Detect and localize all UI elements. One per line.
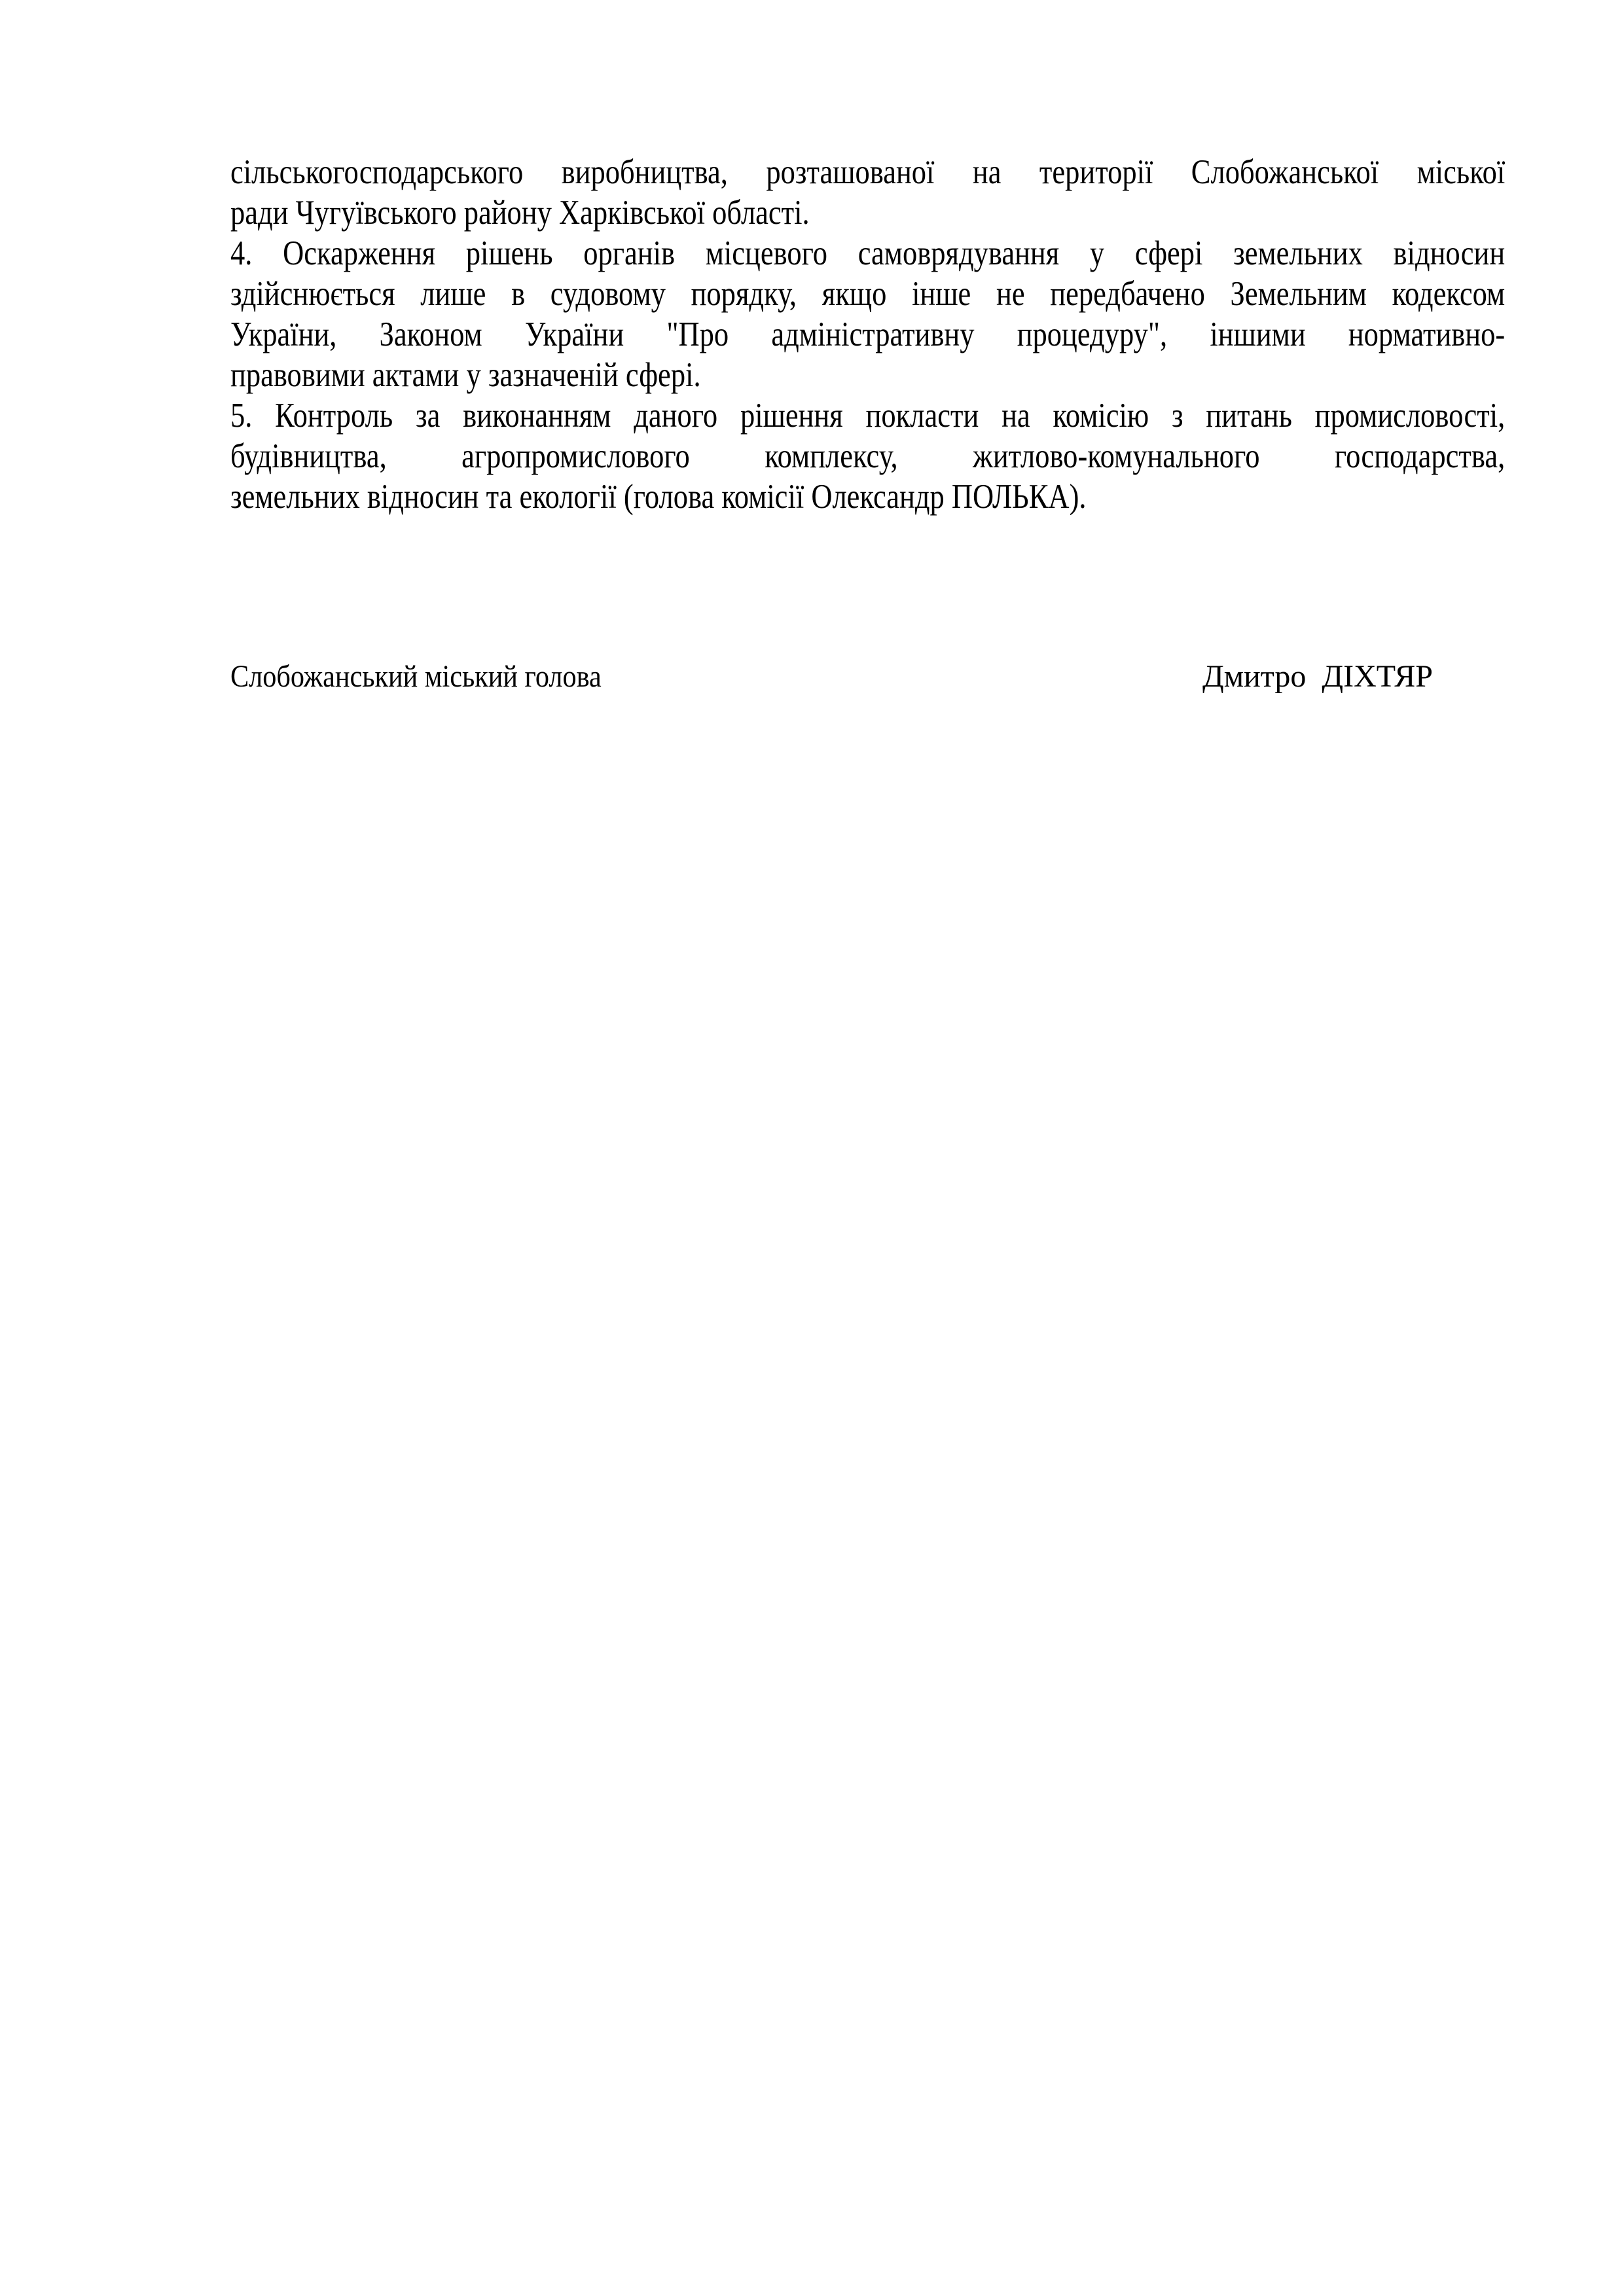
text-line-content: 5. Контроль за виконанням даного рішення… <box>230 395 1505 436</box>
text-line: 5. Контроль за виконанням даного рішення… <box>230 395 1506 436</box>
text-line-content: правовими актами у зазначеній сфері. <box>230 355 1505 395</box>
text-line: 4. Оскарження рішень органів місцевого с… <box>230 233 1506 274</box>
text-line-content: здійснюється лише в судовому порядку, як… <box>230 274 1505 314</box>
text-line: здійснюється лише в судовому порядку, як… <box>230 274 1506 314</box>
text-line: України, Законом України "Про адміністра… <box>230 314 1506 355</box>
signatory-title: Слобожанський міський голова <box>230 656 602 697</box>
text-line: земельних відносин та екології (голова к… <box>230 476 1506 517</box>
text-line-content: 4. Оскарження рішень органів місцевого с… <box>230 233 1505 274</box>
text-line-content: ради Чугуївського району Харківської обл… <box>230 192 1505 233</box>
text-line-content: України, Законом України "Про адміністра… <box>230 314 1505 355</box>
document-page: сільськогосподарського виробництва, розт… <box>0 0 1624 2296</box>
text-line-content: сільськогосподарського виробництва, розт… <box>230 152 1505 192</box>
text-line: будівництва, агропромислового комплексу,… <box>230 436 1506 476</box>
paragraph-item-5: 5. Контроль за виконанням даного рішення… <box>230 395 1506 517</box>
text-line: ради Чугуївського району Харківської обл… <box>230 192 1506 233</box>
signature-block: Слобожанський міський голова Дмитро ДІХТ… <box>230 656 1506 697</box>
text-line-content: земельних відносин та екології (голова к… <box>230 476 1505 517</box>
text-line-content: будівництва, агропромислового комплексу,… <box>230 436 1505 476</box>
text-line: правовими актами у зазначеній сфері. <box>230 355 1506 395</box>
document-body: сільськогосподарського виробництва, розт… <box>230 152 1506 517</box>
paragraph-continuation: сільськогосподарського виробництва, розт… <box>230 152 1506 233</box>
signatory-name: Дмитро ДІХТЯР <box>1202 656 1433 697</box>
text-line: сільськогосподарського виробництва, розт… <box>230 152 1506 192</box>
paragraph-item-4: 4. Оскарження рішень органів місцевого с… <box>230 233 1506 395</box>
